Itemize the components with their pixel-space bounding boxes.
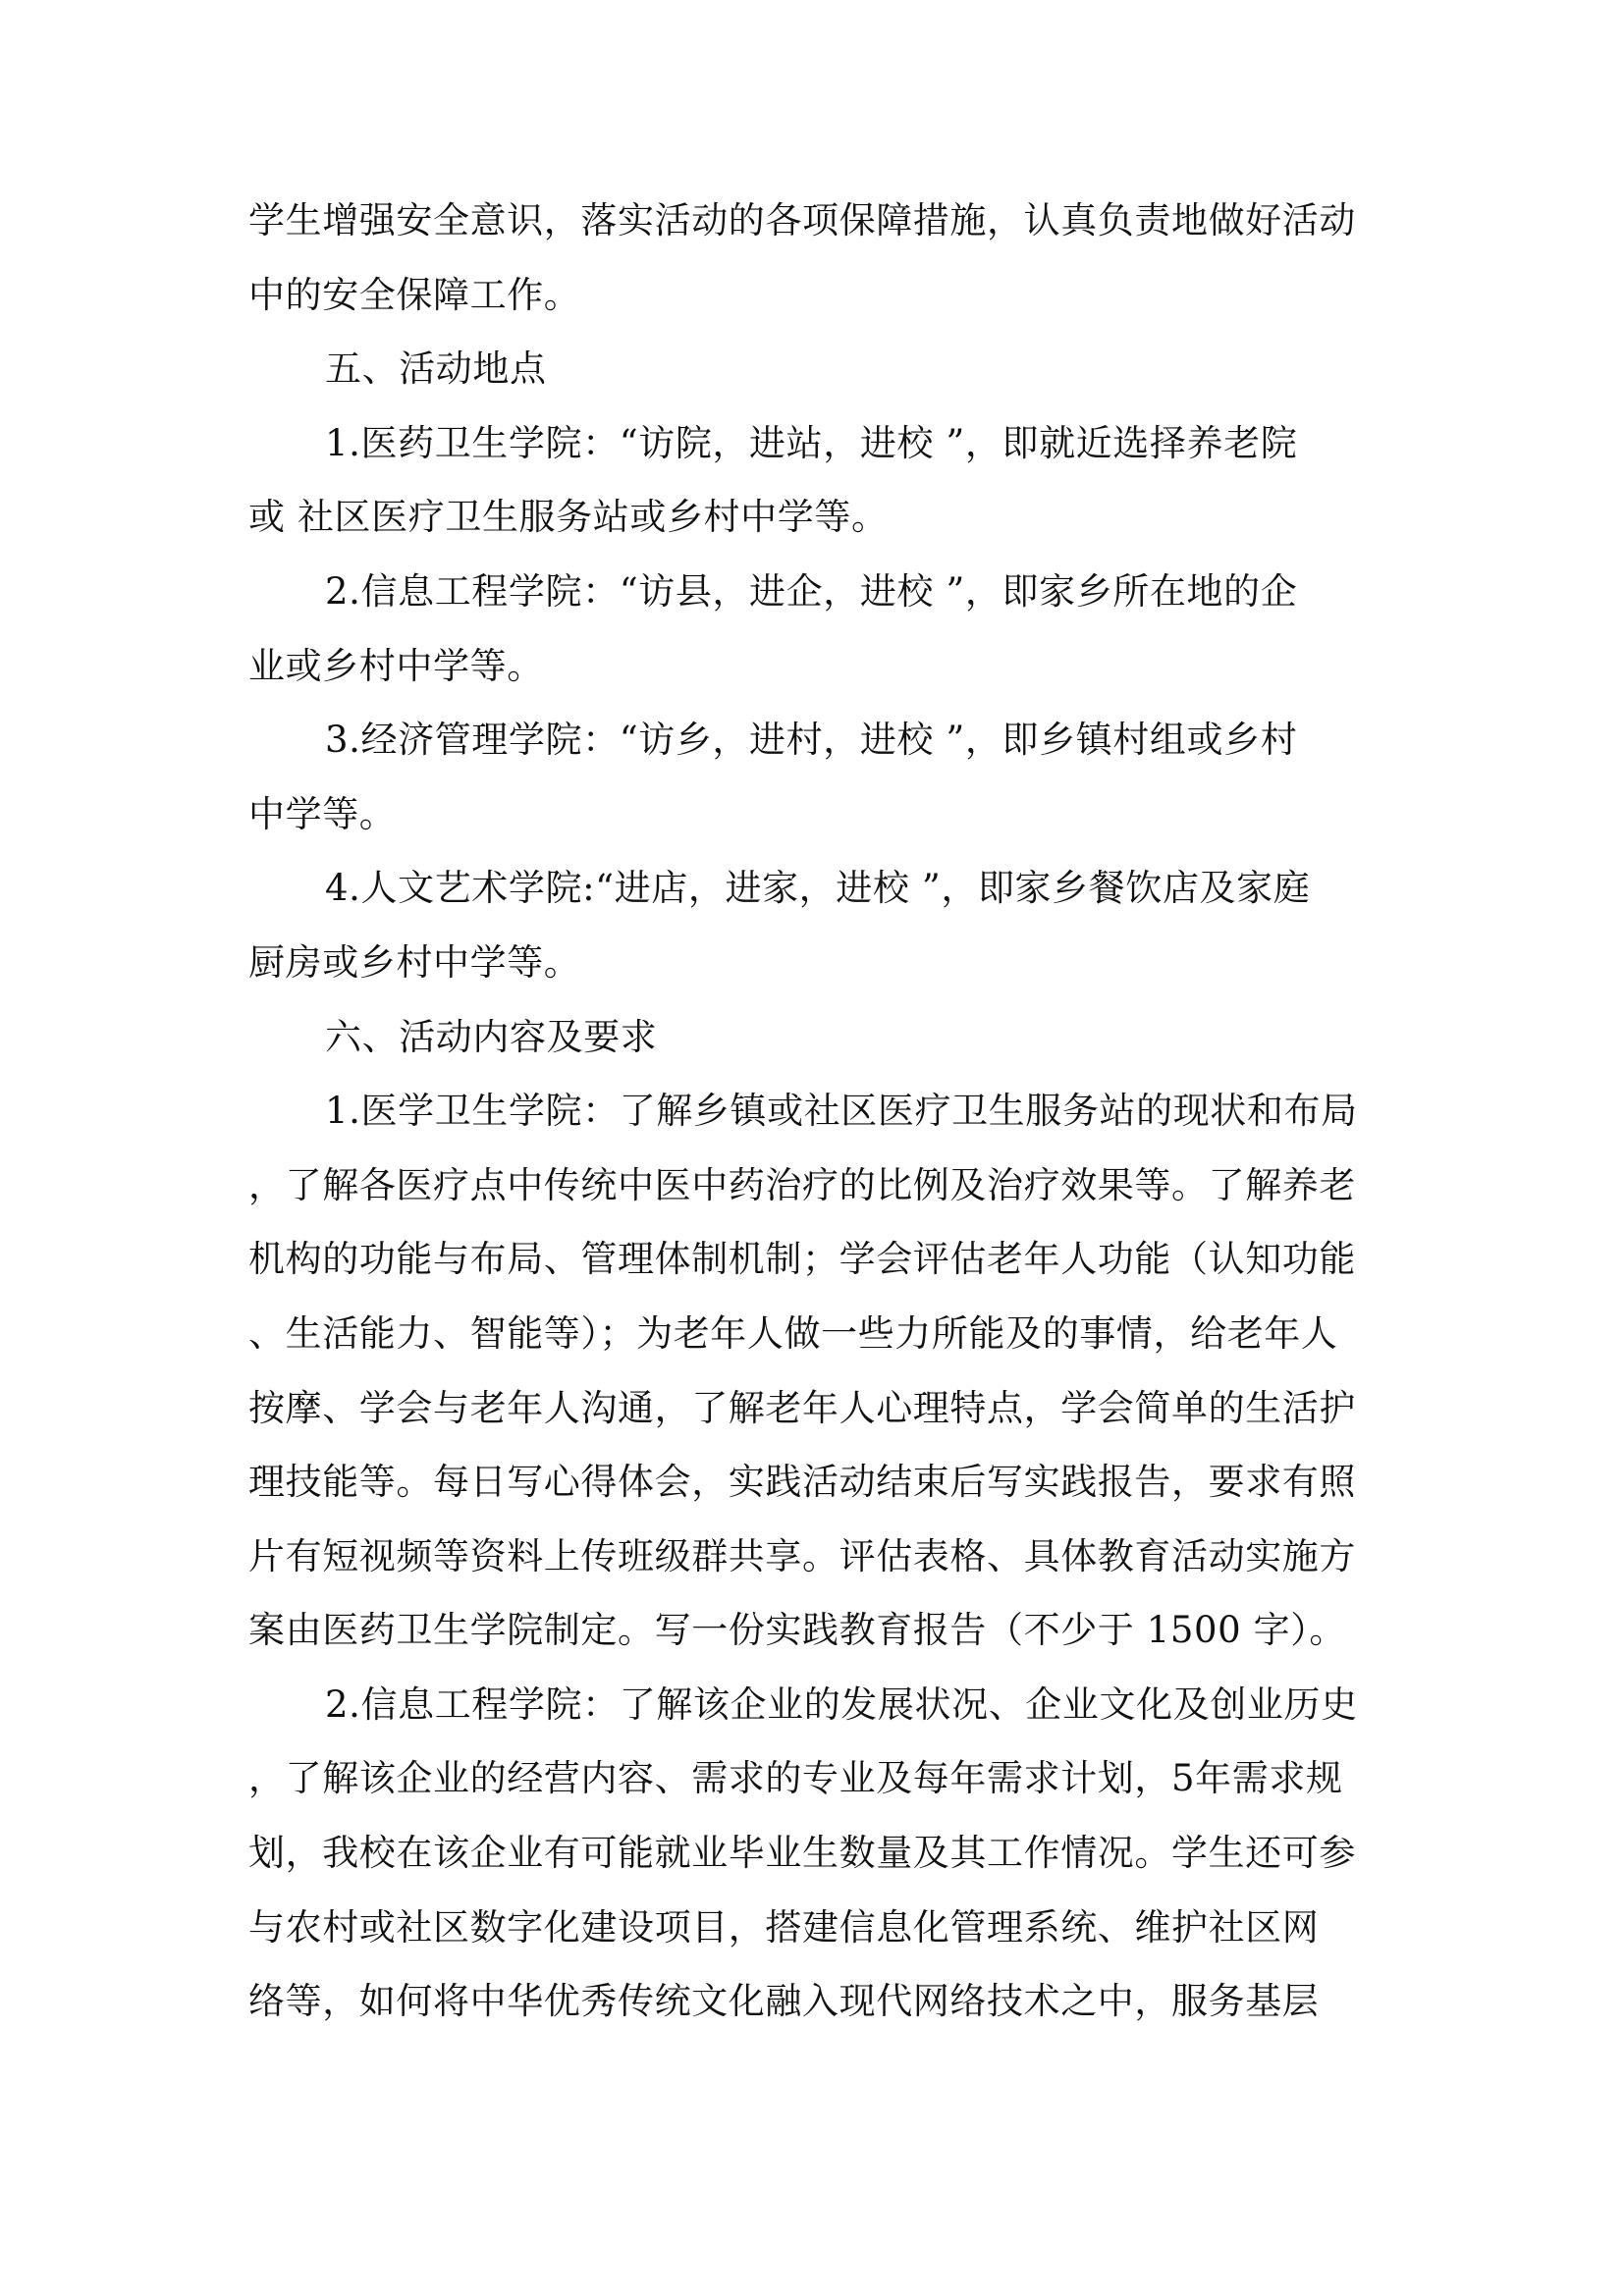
list-item-line: 3.经济管理学院：“访乡，进村，进校 ”，即乡镇村组或乡村 bbox=[248, 715, 1387, 789]
body-line: 学生增强安全意识，落实活动的各项保障措施，认真负责地做好活动 bbox=[248, 195, 1387, 270]
paragraph-line: 划，我校在该企业有可能就业毕业生数量及其工作情况。学生还可参 bbox=[248, 1828, 1387, 1902]
section-heading-location: 五、活动地点 bbox=[248, 344, 1387, 418]
paragraph-line: ，了解各医疗点中传统中医中药治疗的比例及治疗效果等。了解养老 bbox=[248, 1160, 1387, 1235]
document-page: 学生增强安全意识，落实活动的各项保障措施，认真负责地做好活动 中的安全保障工作。… bbox=[0, 0, 1624, 2296]
paragraph-line: 1.医学卫生学院：了解乡镇或社区医疗卫生服务站的现状和布局 bbox=[248, 1086, 1387, 1160]
paragraph-line: ，了解该企业的经营内容、需求的专业及每年需求计划，5年需求规 bbox=[248, 1753, 1387, 1828]
paragraph-line: 、生活能力、智能等）；为老年人做一些力所能及的事情，给老年人 bbox=[248, 1308, 1387, 1383]
paragraph-line: 按摩、学会与老年人沟通，了解老年人心理特点，学会简单的生活护 bbox=[248, 1383, 1387, 1458]
document-body: 学生增强安全意识，落实活动的各项保障措施，认真负责地做好活动 中的安全保障工作。… bbox=[248, 195, 1387, 2051]
paragraph-line: 与农村或社区数字化建设项目，搭建信息化管理系统、维护社区网 bbox=[248, 1902, 1387, 1977]
paragraph-line: 2.信息工程学院：了解该企业的发展状况、企业文化及创业历史 bbox=[248, 1680, 1387, 1754]
paragraph-line: 络等，如何将中华优秀传统文化融入现代网络技术之中，服务基层 bbox=[248, 1976, 1387, 2051]
paragraph-line: 片有短视频等资料上传班级群共享。评估表格、具体教育活动实施方 bbox=[248, 1531, 1387, 1606]
list-item-line: 或 社区医疗卫生服务站或乡村中学等。 bbox=[248, 492, 1387, 566]
list-item-line: 2.信息工程学院：“访县，进企，进校 ”，即家乡所在地的企 bbox=[248, 566, 1387, 641]
list-item-line: 1.医药卫生学院：“访院，进站，进校 ”，即就近选择养老院 bbox=[248, 418, 1387, 493]
paragraph-line: 案由医药卫生学院制定。写一份实践教育报告（不少于 1500 字）。 bbox=[248, 1605, 1387, 1680]
section-heading-content: 六、活动内容及要求 bbox=[248, 1012, 1387, 1087]
paragraph-line: 机构的功能与布局、管理体制机制；学会评估老年人功能（认知功能 bbox=[248, 1234, 1387, 1308]
list-item-line: 中学等。 bbox=[248, 789, 1387, 864]
body-line: 中的安全保障工作。 bbox=[248, 270, 1387, 345]
list-item-line: 4.人文艺术学院:“进店，进家，进校 ”，即家乡餐饮店及家庭 bbox=[248, 863, 1387, 937]
paragraph-line: 理技能等。每日写心得体会，实践活动结束后写实践报告，要求有照 bbox=[248, 1457, 1387, 1531]
list-item-line: 厨房或乡村中学等。 bbox=[248, 937, 1387, 1012]
list-item-line: 业或乡村中学等。 bbox=[248, 641, 1387, 716]
